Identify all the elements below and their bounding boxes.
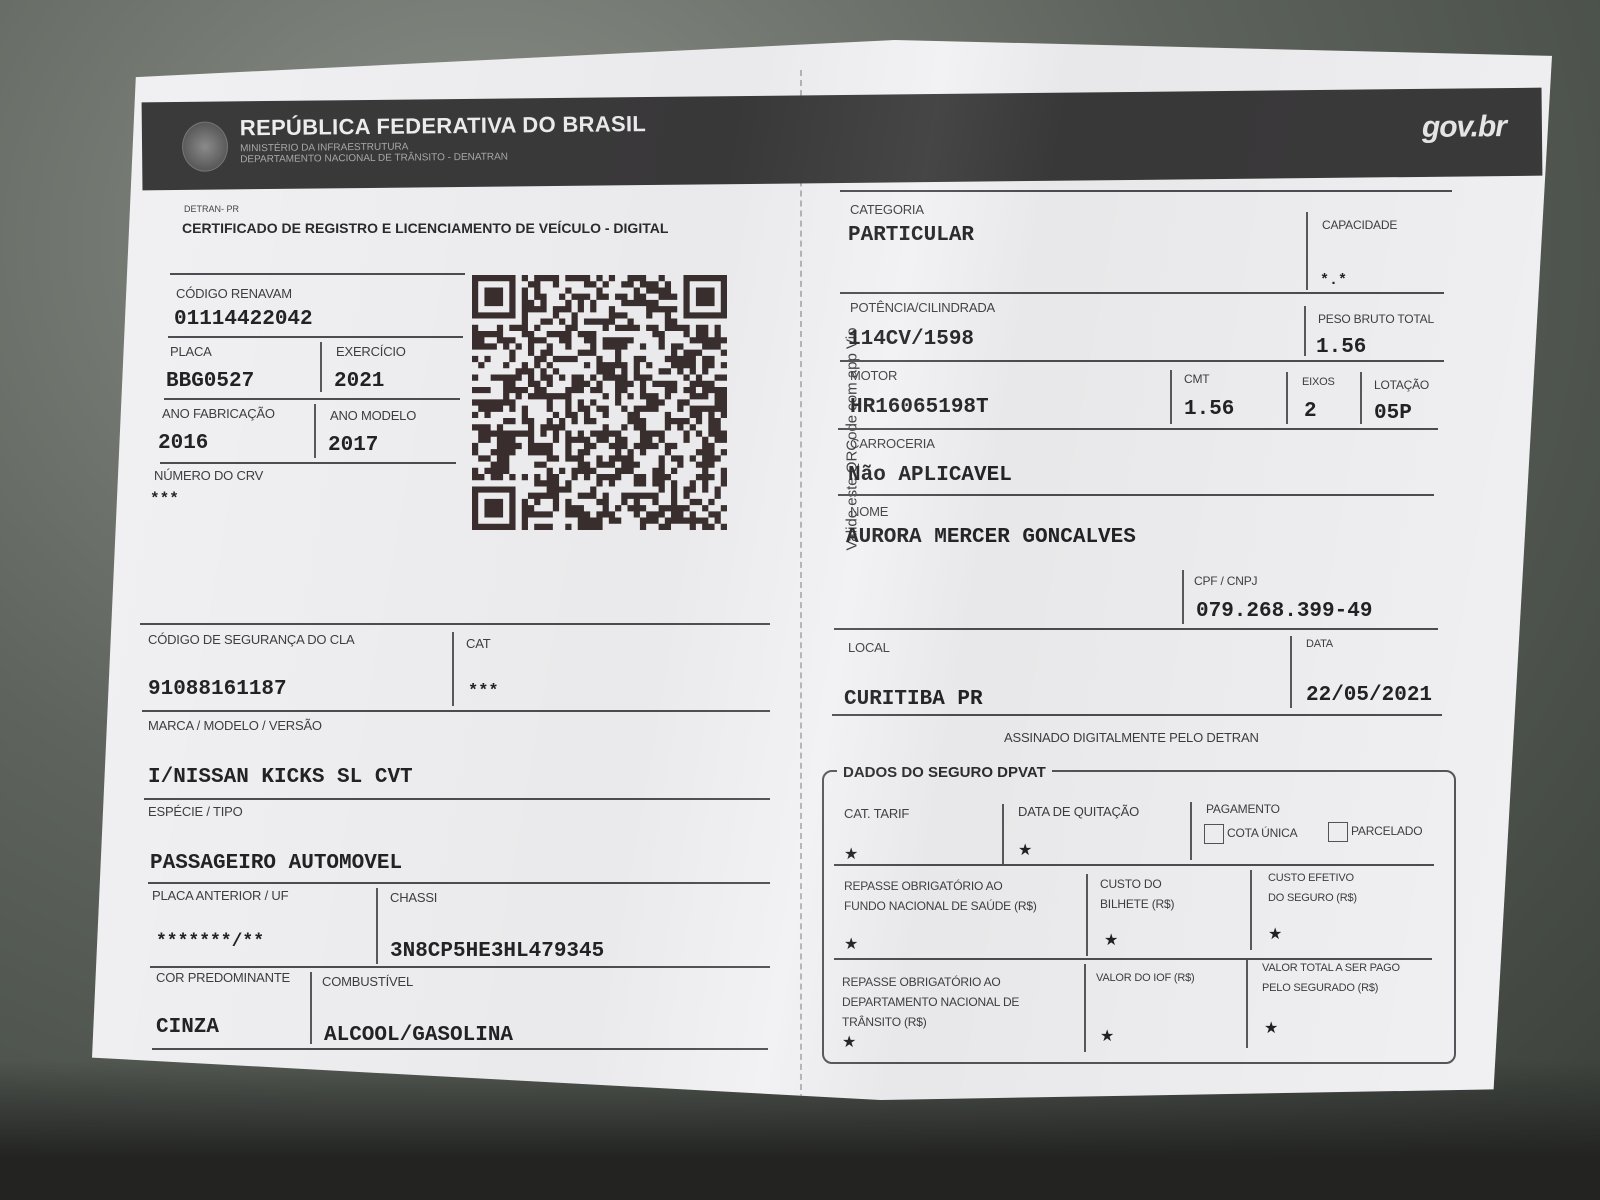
divider	[840, 292, 1444, 294]
divider	[834, 958, 1432, 960]
lotacao-label: LOTAÇÃO	[1374, 378, 1429, 392]
exercicio-label: EXERCÍCIO	[336, 344, 406, 359]
ministry-subtitle: MINISTÉRIO DA INFRAESTRUTURA DEPARTAMENT…	[240, 140, 508, 165]
local-label: LOCAL	[848, 640, 890, 655]
cat-tarif-label: CAT. TARIF	[844, 806, 909, 821]
dpvat-title: DADOS DO SEGURO DPVAT	[837, 764, 1052, 781]
divider	[840, 190, 1452, 192]
divider	[838, 494, 1434, 496]
custo-bilhete-value: ★	[1104, 930, 1118, 949]
motor-label: MOTOR	[850, 368, 897, 383]
divider	[832, 714, 1442, 716]
divider	[1084, 964, 1086, 1052]
cmt-value: 1.56	[1184, 398, 1234, 421]
label-line: CUSTO EFETIVO	[1268, 868, 1357, 888]
divider	[1286, 372, 1288, 424]
repasse-denatran-label: REPASSE OBRIGATÓRIO AO DEPARTAMENTO NACI…	[842, 972, 1019, 1032]
renavam-label: CÓDIGO RENAVAM	[176, 286, 292, 301]
govbr-logo: gov.br	[1422, 110, 1506, 145]
ano-fabricacao-value: 2016	[158, 432, 208, 455]
peso-bruto-value: 1.56	[1316, 336, 1366, 359]
divider	[1002, 804, 1004, 864]
cpf-label: CPF / CNPJ	[1194, 574, 1257, 588]
label-line: VALOR TOTAL A SER PAGO	[1262, 958, 1400, 978]
label-line: DO SEGURO (R$)	[1268, 888, 1357, 908]
pagamento-cota-unica[interactable]: COTA ÚNICA	[1204, 824, 1297, 844]
divider	[170, 273, 465, 275]
signature-note: ASSINADO DIGITALMENTE PELO DETRAN	[1004, 730, 1259, 745]
department-name: DEPARTAMENTO NACIONAL DE TRÂNSITO - DENA…	[240, 151, 508, 165]
divider	[314, 404, 316, 458]
vehicle-registration-certificate: REPÚBLICA FEDERATIVA DO BRASIL MINISTÉRI…	[92, 40, 1552, 1100]
lotacao-value: 05P	[1374, 402, 1412, 425]
divider	[840, 360, 1444, 362]
codigo-seguranca-label: CÓDIGO DE SEGURANÇA DO CLA	[148, 632, 354, 647]
divider	[1190, 802, 1192, 860]
carroceria-label: CARROCERIA	[850, 436, 935, 451]
parcelado-checkbox[interactable]	[1328, 822, 1348, 842]
parcelado-label: PARCELADO	[1351, 824, 1422, 838]
divider	[310, 972, 312, 1044]
qr-caption: Valide este QRCode com app Vio	[844, 271, 861, 551]
capacidade-value: *.*	[1320, 272, 1347, 289]
numero-crv-label: NÚMERO DO CRV	[154, 468, 263, 483]
ministry-name: MINISTÉRIO DA INFRAESTRUTURA	[240, 140, 508, 154]
data-value: 22/05/2021	[1306, 684, 1432, 707]
divider	[452, 632, 454, 706]
divider	[1306, 212, 1308, 290]
divider	[1182, 570, 1184, 624]
divider	[160, 462, 456, 464]
divider	[1246, 960, 1248, 1048]
cat-value: ***	[468, 682, 499, 701]
eixos-value: 2	[1304, 400, 1317, 423]
divider	[834, 628, 1438, 630]
cpf-value: 079.268.399-49	[1196, 600, 1372, 623]
divider	[834, 864, 1434, 866]
qr-code[interactable]	[472, 275, 727, 530]
cor-value: CINZA	[156, 1016, 219, 1039]
potencia-label: POTÊNCIA/CILINDRADA	[850, 300, 995, 315]
label-line: FUNDO NACIONAL DE SAÚDE (R$)	[844, 896, 1037, 916]
combustivel-value: ALCOOL/GASOLINA	[324, 1024, 513, 1047]
ano-fabricacao-label: ANO FABRICAÇÃO	[162, 406, 275, 421]
divider	[142, 710, 770, 712]
placa-label: PLACA	[170, 344, 212, 359]
divider	[1170, 370, 1172, 424]
potencia-value: 114CV/1598	[848, 328, 974, 351]
data-label: DATA	[1306, 638, 1333, 650]
placa-anterior-label: PLACA ANTERIOR / UF	[152, 888, 288, 903]
divider	[838, 428, 1438, 430]
nome-label: NOME	[850, 504, 888, 519]
divider	[150, 966, 770, 968]
ano-modelo-label: ANO MODELO	[330, 408, 416, 423]
label-line: BILHETE (R$)	[1100, 894, 1174, 914]
placa-value: BBG0527	[166, 370, 254, 393]
label-line: TRÂNSITO (R$)	[842, 1012, 1019, 1032]
marca-modelo-label: MARCA / MODELO / VERSÃO	[148, 718, 322, 733]
chassi-value: 3N8CP5HE3HL479345	[390, 940, 604, 963]
divider	[1304, 306, 1306, 356]
paper-fold-line	[800, 70, 802, 1100]
divider	[148, 882, 770, 884]
nome-value: AURORA MERCER GONCALVES	[846, 526, 1136, 549]
divider	[1290, 636, 1292, 708]
label-line: REPASSE OBRIGATÓRIO AO	[842, 972, 1019, 992]
custo-bilhete-label: CUSTO DO BILHETE (R$)	[1100, 874, 1174, 914]
cat-tarif-value: ★	[844, 844, 858, 863]
carroceria-value: Não APLICAVEL	[848, 464, 1012, 487]
government-header: REPÚBLICA FEDERATIVA DO BRASIL MINISTÉRI…	[142, 88, 1543, 191]
renavam-value: 01114422042	[174, 308, 313, 331]
country-title: REPÚBLICA FEDERATIVA DO BRASIL	[240, 111, 646, 141]
label-line: PELO SEGURADO (R$)	[1262, 978, 1400, 998]
repasse-fns-value: ★	[844, 934, 858, 953]
cmt-label: CMT	[1184, 372, 1209, 386]
repasse-fns-label: REPASSE OBRIGATÓRIO AO FUNDO NACIONAL DE…	[844, 876, 1037, 916]
custo-efetivo-label: CUSTO EFETIVO DO SEGURO (R$)	[1268, 868, 1357, 908]
divider	[1086, 874, 1088, 956]
repasse-denatran-value: ★	[842, 1032, 856, 1051]
dpvat-section	[822, 770, 1456, 1064]
valor-iof-label: VALOR DO IOF (R$)	[1096, 968, 1194, 988]
codigo-seguranca-value: 91088161187	[148, 678, 287, 701]
divider	[320, 342, 322, 392]
cota-unica-label: COTA ÚNICA	[1227, 826, 1297, 840]
custo-efetivo-value: ★	[1268, 924, 1282, 943]
label-line: REPASSE OBRIGATÓRIO AO	[844, 876, 1037, 896]
valor-total-label: VALOR TOTAL A SER PAGO PELO SEGURADO (R$…	[1262, 958, 1400, 998]
cota-unica-checkbox[interactable]	[1204, 824, 1224, 844]
peso-bruto-label: PESO BRUTO TOTAL	[1318, 312, 1434, 326]
valor-iof-value: ★	[1100, 1026, 1114, 1045]
label-line: DEPARTAMENTO NACIONAL DE	[842, 992, 1019, 1012]
cat-label: CAT	[466, 636, 490, 651]
label-line: CUSTO DO	[1100, 874, 1174, 894]
pagamento-parcelado[interactable]: PARCELADO	[1328, 822, 1422, 842]
placa-anterior-value: *******/**	[156, 932, 264, 952]
combustivel-label: COMBUSTÍVEL	[322, 974, 413, 989]
especie-tipo-label: ESPÉCIE / TIPO	[148, 804, 243, 819]
exercicio-value: 2021	[334, 370, 384, 393]
divider	[168, 336, 463, 338]
valor-total-value: ★	[1264, 1018, 1278, 1037]
divider	[144, 798, 770, 800]
cor-label: COR PREDOMINANTE	[156, 970, 290, 985]
pagamento-label: PAGAMENTO	[1206, 802, 1280, 816]
ano-modelo-value: 2017	[328, 434, 378, 457]
issuer-label: DETRAN- PR	[184, 204, 239, 214]
divider	[140, 623, 770, 625]
divider	[152, 1048, 768, 1050]
brazil-coat-of-arms-icon	[182, 121, 229, 171]
local-value: CURITIBA PR	[844, 688, 983, 711]
document-title: CERTIFICADO DE REGISTRO E LICENCIAMENTO …	[182, 220, 668, 236]
data-quitacao-value: ★	[1018, 840, 1032, 859]
chassi-label: CHASSI	[390, 890, 437, 905]
motor-value: HR16065198T	[850, 396, 989, 419]
divider	[1360, 372, 1362, 424]
divider	[1250, 870, 1252, 950]
eixos-label: EIXOS	[1302, 376, 1335, 388]
categoria-label: CATEGORIA	[850, 202, 924, 217]
especie-tipo-value: PASSAGEIRO AUTOMOVEL	[150, 852, 402, 875]
categoria-value: PARTICULAR	[848, 224, 974, 247]
divider	[164, 398, 460, 400]
data-quitacao-label: DATA DE QUITAÇÃO	[1018, 804, 1139, 819]
marca-modelo-value: I/NISSAN KICKS SL CVT	[148, 766, 413, 789]
divider	[376, 888, 378, 964]
numero-crv-value: ***	[150, 490, 179, 508]
capacidade-label: CAPACIDADE	[1322, 218, 1397, 232]
